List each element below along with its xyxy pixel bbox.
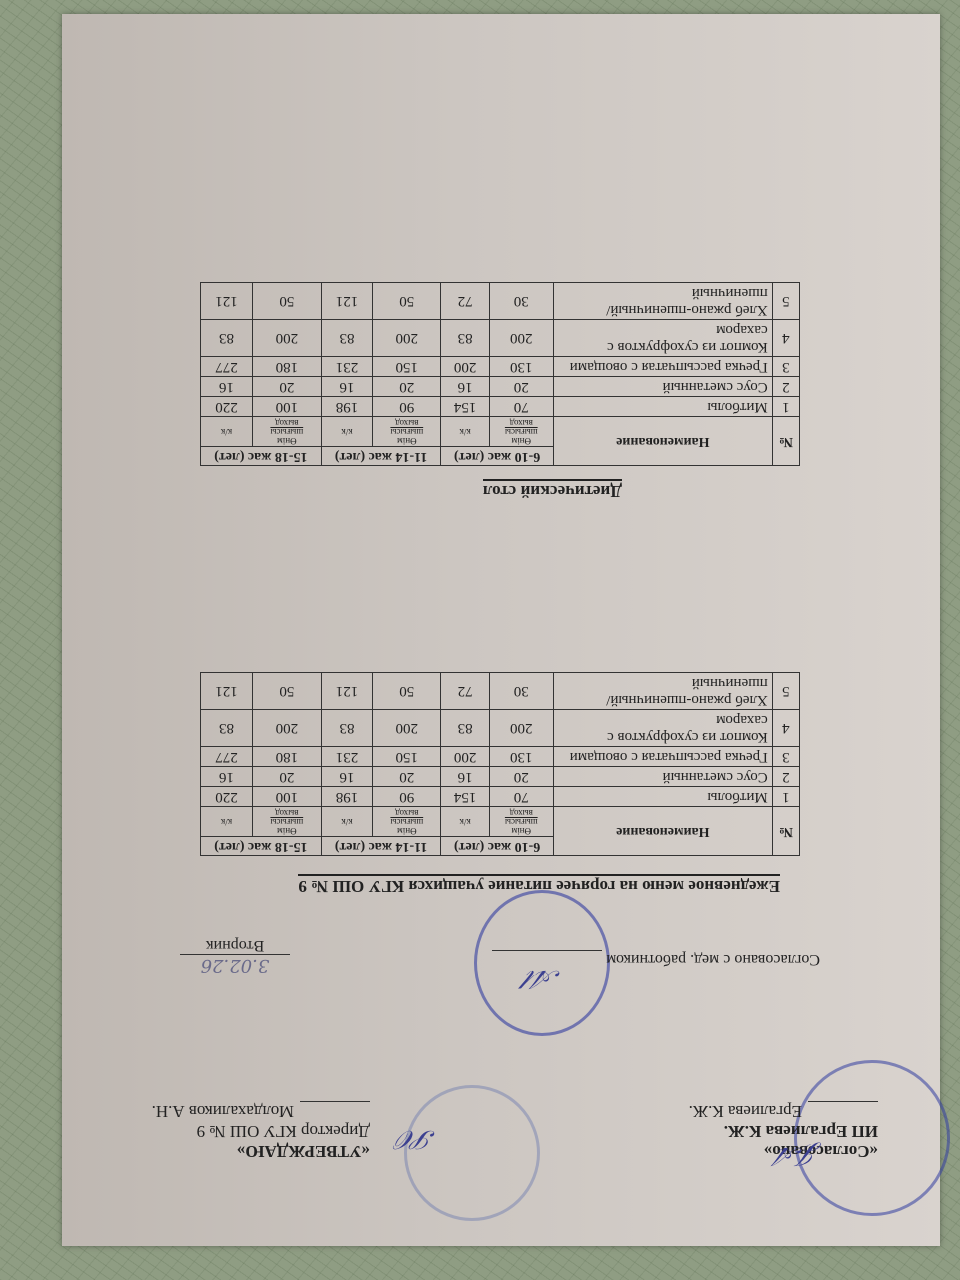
yield-subheader: Өнімшығысывыход [373,417,441,447]
dish-value: 83 [321,320,372,357]
dish-value: 83 [201,320,253,357]
dish-value: 154 [441,397,489,417]
dish-value: 100 [252,787,321,807]
dish-value: 198 [321,397,372,417]
dish-value: 100 [252,397,321,417]
dish-value: 200 [252,320,321,357]
yield-subheader: Өнімшығысывыход [489,417,553,447]
dish-name: Соус сметанный [553,767,772,787]
dish-value: 220 [201,787,253,807]
dish-value: 200 [373,320,441,357]
signature-ip: 𝒥𝒜 [777,1140,820,1171]
dish-value: 231 [321,747,372,767]
dish-value: 50 [252,283,321,320]
approved-block: «УТВЕРЖДАЮ» Директор КГУ ОШ № 9 Молдахал… [152,1101,370,1161]
signature-line [808,1101,878,1102]
dish-value: 200 [441,747,489,767]
yield-subheader: Өнімшығысывыход [489,807,553,837]
menu-date: 3.02.26 [180,954,290,976]
dish-value: 70 [489,787,553,807]
dish-value: 83 [201,710,253,747]
age-group-header: 6-10 жас (лет) [441,447,553,466]
dish-value: 121 [321,673,372,710]
dish-value: 130 [489,357,553,377]
dish-value: 83 [321,710,372,747]
dish-value: 16 [201,767,253,787]
dish-value: 150 [373,357,441,377]
dish-value: 20 [373,377,441,397]
dish-value: 154 [441,787,489,807]
document-page: «Согласовано» ИП Ергалиева К.Ж. Ергалиев… [62,14,940,1246]
menu-table: № Наименование 6-10 жас (лет) 11-14 жас … [200,672,800,856]
dish-value: 16 [441,767,489,787]
dish-value: 30 [489,673,553,710]
kcal-subheader: к/к [321,807,372,837]
dish-value: 180 [252,357,321,377]
dish-value: 198 [321,787,372,807]
dish-name: Митболы [553,787,772,807]
dish-value: 200 [373,710,441,747]
dish-value: 121 [201,673,253,710]
dish-value: 121 [201,283,253,320]
age-group-header: 15-18 жас (лет) [201,837,322,856]
dish-name: Гречка рассыпчатая с овощами [553,747,772,767]
table-row: 3Гречка рассыпчатая с овощами13020015023… [201,747,800,767]
diet-menu-table: № Наименование 6-10 жас (лет) 11-14 жас … [200,282,800,466]
dish-name: Компот из сухофруктов с сахаром [553,710,772,747]
dish-value: 20 [252,767,321,787]
dish-value: 220 [201,397,253,417]
dish-value: 70 [489,397,553,417]
yield-subheader: Өнімшығысывыход [252,417,321,447]
dish-value: 16 [321,767,372,787]
column-name-header: Наименование [553,807,772,856]
dish-value: 16 [441,377,489,397]
signature-line [300,1101,370,1102]
dish-value: 72 [441,283,489,320]
diet-title: Диетический стол [483,479,622,501]
dish-name: Компот из сухофруктов с сахаром [553,320,772,357]
menu-title: Ежедневное меню на горячее питание учащи… [298,874,780,896]
dish-value: 200 [441,357,489,377]
dish-value: 20 [373,767,441,787]
signature-director: 𝒮𝒪 [398,1123,435,1154]
agreed-signatory: Ергалиева К.Ж. [689,1102,802,1121]
agreed-entity: ИП Ергалиева К.Ж. [689,1121,878,1141]
age-group-header: 11-14 жас (лет) [321,837,441,856]
kcal-subheader: к/к [201,417,253,447]
dish-value: 200 [489,320,553,357]
approved-signatory: Молдахаликов А.Н. [152,1102,294,1121]
dish-value: 200 [252,710,321,747]
dish-value: 277 [201,357,253,377]
dish-value: 16 [321,377,372,397]
dish-value: 50 [373,283,441,320]
day-block: 3.02.26 Вторник [180,936,290,976]
kcal-subheader: к/к [321,417,372,447]
table-row: 1Митболы7015490198100220 [201,397,800,417]
age-group-header: 6-10 жас (лет) [441,837,553,856]
dish-value: 121 [321,283,372,320]
dish-value: 130 [489,747,553,767]
dish-value: 83 [441,710,489,747]
kcal-subheader: к/к [441,807,489,837]
yield-subheader: Өнімшығысывыход [252,807,321,837]
table-row: 5Хлеб ржано-пшеничный/пшеничный307250121… [201,283,800,320]
dish-name: Митболы [553,397,772,417]
dish-name: Гречка рассыпчатая с овощами [553,357,772,377]
dish-value: 200 [489,710,553,747]
dish-value: 83 [441,320,489,357]
kcal-subheader: к/к [201,807,253,837]
weekday-label: Вторник [206,937,264,954]
age-group-header: 15-18 жас (лет) [201,447,322,466]
dish-name: Хлеб ржано-пшеничный/пшеничный [553,283,772,320]
signature-medical: 𝒜𝓁 [527,963,560,994]
approved-heading: «УТВЕРЖДАЮ» [152,1141,370,1161]
dish-value: 20 [489,767,553,787]
age-group-header: 11-14 жас (лет) [321,447,441,466]
signature-line [492,950,602,951]
dish-value: 30 [489,283,553,320]
dish-value: 72 [441,673,489,710]
dish-value: 20 [252,377,321,397]
kcal-subheader: к/к [441,417,489,447]
dish-value: 50 [252,673,321,710]
table-row: 1Митболы7015490198100220 [201,787,800,807]
dish-value: 16 [201,377,253,397]
table-row: 2Соус сметанный201620162016 [201,767,800,787]
yield-subheader: Өнімшығысывыход [373,807,441,837]
table-row: 3Гречка рассыпчатая с овощами13020015023… [201,357,800,377]
table-row: 4Компот из сухофруктов с сахаром20083200… [201,710,800,747]
table-row: 2Соус сметанный201620162016 [201,377,800,397]
dish-value: 20 [489,377,553,397]
dish-name: Соус сметанный [553,377,772,397]
column-name-header: Наименование [553,417,772,466]
approved-position: Директор КГУ ОШ № 9 [152,1121,370,1141]
dish-value: 277 [201,747,253,767]
dish-value: 180 [252,747,321,767]
dish-value: 90 [373,787,441,807]
dish-value: 150 [373,747,441,767]
dish-value: 50 [373,673,441,710]
table-row: 5Хлеб ржано-пшеничный/пшеничный307250121… [201,673,800,710]
dish-name: Хлеб ржано-пшеничный/пшеничный [553,673,772,710]
dish-value: 231 [321,357,372,377]
dish-value: 90 [373,397,441,417]
table-row: 4Компот из сухофруктов с сахаром20083200… [201,320,800,357]
